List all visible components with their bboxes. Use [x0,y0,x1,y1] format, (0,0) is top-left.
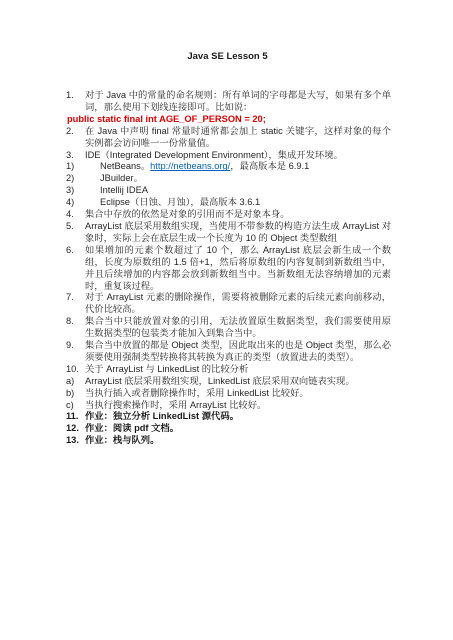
list-item-marker: 12. [66,423,85,435]
list-item: a)ArrayList 底层采用数组实现，LinkedList 底层采用双向链表… [66,376,391,388]
list-item: c)当执行搜索操作时，采用 ArrayList 比较好。 [66,400,391,412]
list-item: 9.集合当中放置的都是 Object 类型，因此取出来的也是 Object 类型… [66,340,391,364]
list-item-text: 在 Java 中声明 final 常量时通常都会加上 static 关键字，这样… [85,126,391,150]
list-item: 1)NetBeans。http://netbeans.org/，最高版本是 6.… [66,161,391,173]
document-page: Java SE Lesson 5 1.对于 Java 中的常量的命名规则：所有单… [0,0,453,640]
list-item: 8.集合当中只能放置对象的引用，无法放置原生数据类型，我们需要使用原生数据类型的… [66,316,391,340]
list-item: 10.关于 ArrayList 与 LinkedList 的比较分析 [66,364,391,376]
list-item-text: 对于 Java 中的常量的命名规则：所有单词的字母都是大写，如果有多个单词，那么… [85,90,391,114]
text-segment: 当执行插入或者删除操作时，采用 LinkedList 比较好。 [85,388,309,398]
list-item: 12.作业：阅读 pdf 文档。 [66,423,391,435]
list-item-marker: 5. [66,221,85,233]
list-item: 2.在 Java 中声明 final 常量时通常都会加上 static 关键字，… [66,126,391,150]
list-item-marker: a) [66,376,85,388]
list-item-text: 当执行搜索操作时，采用 ArrayList 比较好。 [85,400,391,412]
list-item: 3)Intellij IDEA [66,185,391,197]
list-item-marker: 1. [66,90,85,102]
list-item-text: Intellij IDEA [100,185,391,197]
list-item-text: 集合中存放的依然是对象的引用而不是对象本身。 [85,209,391,221]
list-item-marker: 11. [66,411,85,423]
list-item-text: 作业：独立分析 LinkedList 源代码。 [85,411,391,423]
list-item: 11.作业：独立分析 LinkedList 源代码。 [66,411,391,423]
list-item: b)当执行插入或者删除操作时，采用 LinkedList 比较好。 [66,388,391,400]
list-item-text: 作业：栈与队列。 [85,435,391,447]
list-item-text: 对于 ArrayList 元素的删除操作，需要将被删除元素的后续元素向前移动，代… [85,292,391,316]
list-item-text: ArrayList 底层采用数组实现，当使用不带参数的构造方法生成 ArrayL… [85,221,391,245]
list-item: 4.集合中存放的依然是对象的引用而不是对象本身。 [66,209,391,221]
list-item-text: 如果增加的元素个数超过了 10 个，那么 ArrayList 底层会新生成一个数… [85,245,391,293]
list-item-marker: b) [66,388,85,400]
text-segment: JBuilder。 [100,173,143,183]
list-item-text: ArrayList 底层采用数组实现，LinkedList 底层采用双向链表实现… [85,376,391,388]
list-item-marker: 3. [66,150,85,162]
list-item-marker: 7. [66,292,85,304]
list-item-marker: 9. [66,340,85,352]
text-segment: Eclipse（日蚀、月蚀），最高版本 3.6.1 [100,197,260,207]
list-item-marker: 10. [66,364,85,376]
list-item: 5.ArrayList 底层采用数组实现，当使用不带参数的构造方法生成 Arra… [66,221,391,245]
list-item-text: IDE（Integrated Development Environment），… [85,150,391,162]
text-segment: ArrayList 底层采用数组实现，LinkedList 底层采用双向链表实现… [85,376,355,386]
list-item-text: 集合当中只能放置对象的引用，无法放置原生数据类型，我们需要使用原生数据类型的包装… [85,316,391,340]
text-segment: IDE（Integrated Development Environment），… [85,150,343,160]
document-body: 1.对于 Java 中的常量的命名规则：所有单词的字母都是大写，如果有多个单词，… [66,90,391,447]
list-item-marker: 8. [66,316,85,328]
list-item-marker: 4. [66,209,85,221]
text-segment: 对于 ArrayList 元素的删除操作，需要将被删除元素的后续元素向前移动，代… [85,292,391,314]
list-item-marker: 4) [66,197,100,209]
list-item-text: Eclipse（日蚀、月蚀），最高版本 3.6.1 [100,197,391,209]
list-item: 7.对于 ArrayList 元素的删除操作，需要将被删除元素的后续元素向前移动… [66,292,391,316]
text-segment: 作业：阅读 pdf 文档。 [85,423,179,433]
list-item: 3.IDE（Integrated Development Environment… [66,150,391,162]
text-segment: NetBeans。 [100,161,150,171]
list-item-marker: 13. [66,435,85,447]
text-segment: ArrayList 底层采用数组实现，当使用不带参数的构造方法生成 ArrayL… [85,221,391,243]
text-segment: 对于 Java 中的常量的命名规则：所有单词的字母都是大写，如果有多个单词，那么… [85,90,391,112]
list-item-text: 关于 ArrayList 与 LinkedList 的比较分析 [85,364,391,376]
list-item: 1.对于 Java 中的常量的命名规则：所有单词的字母都是大写，如果有多个单词，… [66,90,391,114]
text-segment: public static final int AGE_OF_PERSON = … [67,114,266,124]
code-line: public static final int AGE_OF_PERSON = … [67,114,391,126]
text-segment: Intellij IDEA [100,185,148,195]
list-item-marker: 2) [66,173,100,185]
list-item-text: 作业：阅读 pdf 文档。 [85,423,391,435]
list-item-text: NetBeans。http://netbeans.org/，最高版本是 6.9.… [100,161,391,173]
list-item-text: 当执行插入或者删除操作时，采用 LinkedList 比较好。 [85,388,391,400]
list-item-marker: 3) [66,185,100,197]
list-item: 6.如果增加的元素个数超过了 10 个，那么 ArrayList 底层会新生成一… [66,245,391,293]
text-segment: 集合中存放的依然是对象的引用而不是对象本身。 [85,209,290,219]
text-segment: 当执行搜索操作时，采用 ArrayList 比较好。 [85,400,266,410]
list-item-text: 集合当中放置的都是 Object 类型，因此取出来的也是 Object 类型，那… [85,340,391,364]
text-segment: 作业：栈与队列。 [85,435,159,445]
text-segment: 集合当中只能放置对象的引用，无法放置原生数据类型，我们需要使用原生数据类型的包装… [85,316,391,338]
list-item-marker: c) [66,400,85,412]
text-segment: 关于 ArrayList 与 LinkedList 的比较分析 [85,364,248,374]
list-item-marker: 1) [66,161,100,173]
list-item-marker: 2. [66,126,85,138]
list-item: 13.作业：栈与队列。 [66,435,391,447]
list-item: 4)Eclipse（日蚀、月蚀），最高版本 3.6.1 [66,197,391,209]
list-item-text: JBuilder。 [100,173,391,185]
text-segment: 在 Java 中声明 final 常量时通常都会加上 static 关键字，这样… [85,126,391,148]
text-segment: ，最高版本是 6.9.1 [230,161,309,171]
netbeans-link[interactable]: http://netbeans.org/ [150,161,230,171]
page-title: Java SE Lesson 5 [64,51,391,63]
text-segment: 集合当中放置的都是 Object 类型，因此取出来的也是 Object 类型，那… [85,340,391,362]
list-item: 2)JBuilder。 [66,173,391,185]
code-text: public static final int AGE_OF_PERSON = … [67,114,391,126]
text-segment: 如果增加的元素个数超过了 10 个，那么 ArrayList 底层会新生成一个数… [85,245,391,291]
list-item-marker: 6. [66,245,85,257]
text-segment: 作业：独立分析 LinkedList 源代码。 [85,411,239,421]
